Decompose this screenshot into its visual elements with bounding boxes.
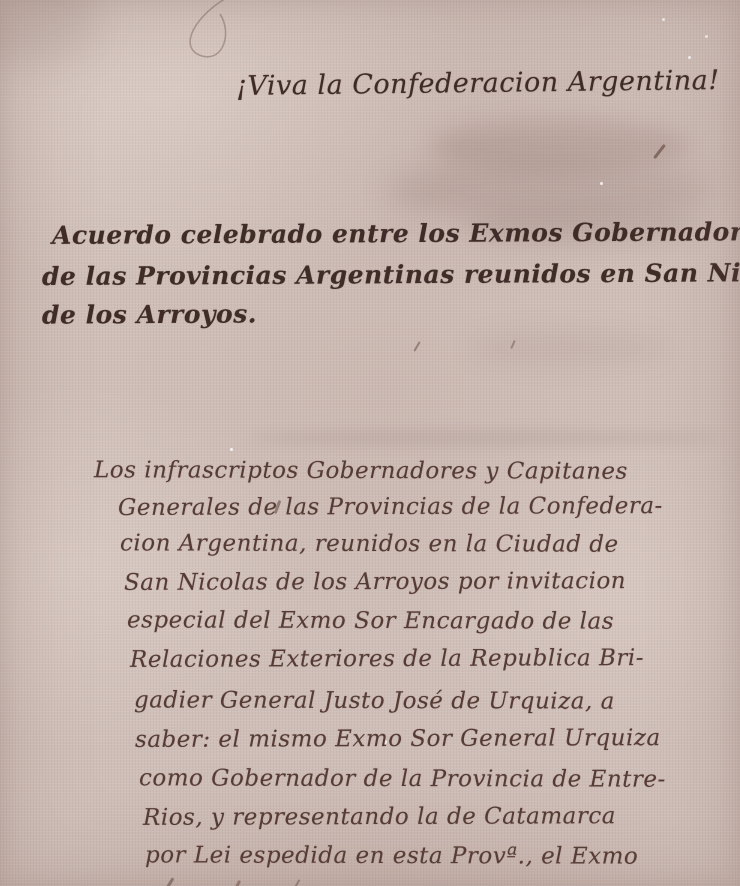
partial-stroke [165,877,175,886]
paper-speck [688,56,691,59]
paper-weave-texture [0,0,740,886]
ink-smudge [385,162,710,220]
title-line: de los Arroyos. [42,299,257,329]
body-line: cion Argentina, reunidos en la Ciudad de [120,530,619,557]
paper-speck [230,448,233,451]
scan-vignette [0,0,740,886]
body-line: San Nicolas de los Arroyos por invitacio… [124,568,626,596]
body-line: especial del Exmo Sor Encargado de las [127,607,614,634]
ink-smudge [430,120,690,172]
title-line: Acuerdo celebrado entre los Exmos Gobern… [52,217,740,250]
ink-smudge [0,0,100,65]
body-line: Generales de las Provincias de la Confed… [118,493,663,521]
title-line: de las Provincias Argentinas reunidos en… [42,258,740,291]
partial-stroke [234,880,241,886]
pen-flourish [168,0,258,66]
paper-speck [662,18,665,21]
ink-fleck [413,341,420,352]
paper-mottling [0,0,740,886]
body-line: saber: el mismo Exmo Sor General Urquiza [135,725,661,753]
paper-speck [705,35,708,38]
body-line: como Gobernador de la Provincia de Entre… [139,765,666,792]
body-line: por Lei espedida en esta Provª., el Exmo [145,842,638,869]
manuscript-page: ¡Viva la Confederacion Argentina! Acuerd… [0,0,740,886]
body-line: gadier General Justo José de Urquiza, a [134,687,615,714]
partial-stroke [294,879,301,886]
ink-smudge [470,330,670,366]
body-line: Relaciones Exteriores de la Republica Br… [130,645,644,673]
ink-fleck [510,340,515,349]
body-line: Rios, y representando la de Catamarca [143,803,616,831]
heading-line: ¡Viva la Confederacion Argentina! [236,65,720,102]
bleed-through-line [250,430,720,446]
paper-speck [600,182,603,185]
ink-fleck [653,144,666,159]
body-line: Los infrascriptos Gobernadores y Capitan… [94,457,628,484]
